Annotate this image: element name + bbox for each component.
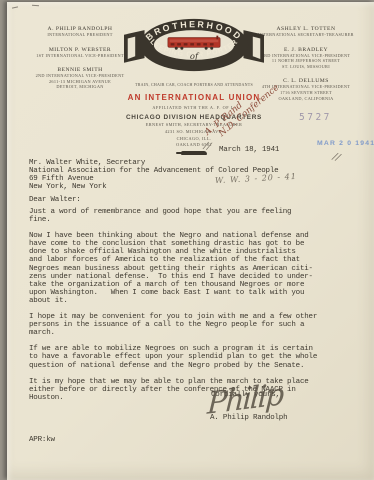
division-address1: 4231 SO. MICHIGAN AVE. [124, 129, 264, 135]
paragraph-1: Just a word of remembrance and good hope… [29, 208, 369, 224]
typist-initials: APR:kw [29, 436, 55, 444]
received-date-stamp: MAR 2 0 1941 [317, 140, 374, 147]
pencil-mark [12, 6, 18, 8]
letter-body: Just a word of remembrance and good hope… [29, 208, 369, 410]
salutation: Dear Walter: [29, 196, 81, 204]
pencil-slash-right: // [331, 151, 341, 164]
paragraph-3: I hope it may be convenient for you to j… [29, 313, 369, 337]
pencil-mark [32, 5, 39, 6]
paragraph-2: Now I have been thinking about the Negro… [29, 232, 369, 305]
letterhead-left-officers: A. PHILIP RANDOLPH INTERNATIONAL PRESIDE… [21, 26, 139, 99]
paragraph-4: If we are able to mobilize Negroes on su… [29, 345, 369, 369]
officer-title: INTERNATIONAL PRESIDENT [21, 32, 139, 38]
file-number-stamp: 5727 [299, 112, 332, 123]
officer-randolph: A. PHILIP RANDOLPH INTERNATIONAL PRESIDE… [21, 26, 139, 38]
union-logo-icon: BROTHERHOOD SLEEPING CAR PORTERS [124, 14, 264, 76]
officer-webster: MILTON P. WEBSTER 1ST INTERNATIONAL VICE… [21, 47, 139, 59]
letter-date: March 18, 1941 [219, 146, 279, 154]
letterhead-center: BROTHERHOOD SLEEPING CAR PORTERS [124, 14, 264, 155]
signed-name: A. Philip Randolph [210, 414, 287, 422]
letter-page: A. PHILIP RANDOLPH INTERNATIONAL PRESIDE… [7, 2, 374, 480]
officer-title: 1ST INTERNATIONAL VICE-PRESIDENT [21, 53, 139, 59]
logo-tagline: TRAIN, CHAIR CAR, COACH PORTERS AND ATTE… [124, 82, 264, 87]
officer-smith: BENNIE SMITH 2ND INTERNATIONAL VICE-PRES… [21, 67, 139, 90]
paragraph-5: It is my hope that we may be able to pla… [29, 378, 369, 402]
division-officer: ERNEST SMITH, SECRETARY-TREASURER [124, 122, 264, 128]
scanned-letter: A. PHILIP RANDOLPH INTERNATIONAL PRESIDE… [0, 0, 374, 480]
officer-city: DETROIT, MICHIGAN [21, 84, 139, 90]
officer-title: 2ND INTERNATIONAL VICE-PRESIDENT [21, 73, 139, 79]
train-silhouette-icon [181, 151, 207, 155]
division-address2: CHICAGO, ILL. [124, 136, 264, 142]
